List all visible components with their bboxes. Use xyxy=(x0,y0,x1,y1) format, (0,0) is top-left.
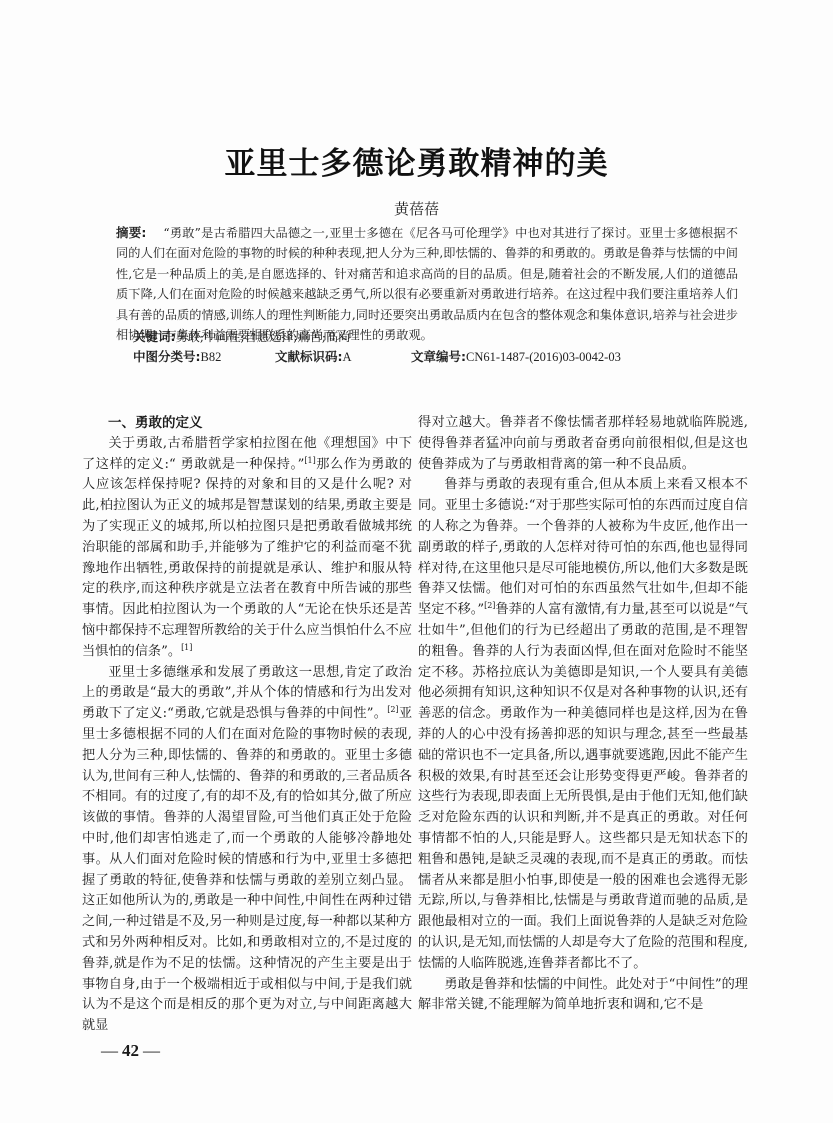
paragraph-text: 那么作为勇敢的人应该怎样保持呢? 保持的对象和目的又是什么呢? 对此,柏拉图认为… xyxy=(82,457,412,659)
article-no-value: CN61-1487-(2016)03-0042-03 xyxy=(466,350,621,364)
clc-number: 中图分类号:B82 xyxy=(133,347,221,365)
body-paragraph: 鲁莽与勇敢的表现有重合,但从本质上来看又根本不同。亚里士多德说:“对于那些实际可… xyxy=(418,475,748,974)
article-number: 文章编号:CN61-1487-(2016)03-0042-03 xyxy=(411,347,621,365)
keywords-text: 勇敢;中间性;自愿选择;痛苦;高尚 xyxy=(176,330,351,344)
paragraph-text: 亚里士多德根据不同的人们在面对危险的事物时候的表现,把人分为三种,即怯懦的、鲁莽… xyxy=(82,706,412,1033)
paragraph-text: 亚里士多德继承和发展了勇敢这一思想,肯定了政治上的勇敢是“最大的勇敢”,并从个体… xyxy=(82,665,412,722)
paragraph-text: 鲁莽的人富有激情,有力量,甚至可以说是“气壮如牛”,但他们的行为已经超出了勇敢的… xyxy=(418,602,748,971)
body-paragraph: 关于勇敢,古希腊哲学家柏拉图在他《理想国》中下了这样的定义:“ 勇敢就是一种保持… xyxy=(82,434,412,663)
article-author: 黄蓓蓓 xyxy=(0,198,833,219)
citation-ref: [2] xyxy=(484,601,495,610)
keywords-line: 关键词:勇敢;中间性;自愿选择;痛苦;高尚 xyxy=(133,327,350,345)
article-title: 亚里士多德论勇敢精神的美 xyxy=(0,138,833,183)
dash-right: — xyxy=(143,1041,160,1060)
document-code: 文献标识码:A xyxy=(275,347,352,365)
clc-label: 中图分类号: xyxy=(133,349,201,364)
doc-code-value: A xyxy=(343,350,352,364)
citation-ref: [1] xyxy=(304,456,315,465)
doc-code-label: 文献标识码: xyxy=(275,349,343,364)
body-paragraph: 得对立越大。鲁莽者不像怯懦者那样轻易地就临阵脱逃,使得鲁莽者猛冲向前与勇敢者奋勇… xyxy=(418,413,748,475)
right-column: 得对立越大。鲁莽者不像怯懦者那样轻易地就临阵脱逃,使得鲁莽者猛冲向前与勇敢者奋勇… xyxy=(418,413,748,1016)
abstract-text: “勇敢”是古希腊四大品德之一,亚里士多德在《尼各马可伦理学》中也对其进行了探讨。… xyxy=(116,226,738,342)
citation-ref: [2] xyxy=(387,705,398,714)
body-paragraph: 勇敢是鲁莽和怯懦的中间性。此处对于“中间性”的理解非常关键,不能理解为简单地折衷… xyxy=(418,975,748,1017)
page-number: —42— xyxy=(101,1041,160,1061)
keywords-label: 关键词: xyxy=(133,329,176,344)
page-number-value: 42 xyxy=(122,1041,139,1060)
clc-value: B82 xyxy=(201,350,222,364)
paragraph-text: 勇敢是鲁莽和怯懦的中间性。此处对于“中间性”的理解非常关键,不能理解为简单地折衷… xyxy=(418,977,748,1013)
left-column: 一、勇敢的定义 关于勇敢,古希腊哲学家柏拉图在他《理想国》中下了这样的定义:“ … xyxy=(82,413,412,1037)
citation-ref: [1] xyxy=(181,643,192,652)
article-no-label: 文章编号: xyxy=(411,349,466,364)
paragraph-text: 得对立越大。鲁莽者不像怯懦者那样轻易地就临阵脱逃,使得鲁莽者猛冲向前与勇敢者奋勇… xyxy=(418,415,748,472)
body-paragraph: 亚里士多德继承和发展了勇敢这一思想,肯定了政治上的勇敢是“最大的勇敢”,并从个体… xyxy=(82,663,412,1037)
paragraph-text: 鲁莽与勇敢的表现有重合,但从本质上来看又根本不同。亚里士多德说:“对于那些实际可… xyxy=(418,477,748,617)
abstract-label: 摘要: xyxy=(116,225,146,240)
section-heading: 一、勇敢的定义 xyxy=(82,413,412,434)
dash-left: — xyxy=(101,1041,118,1060)
